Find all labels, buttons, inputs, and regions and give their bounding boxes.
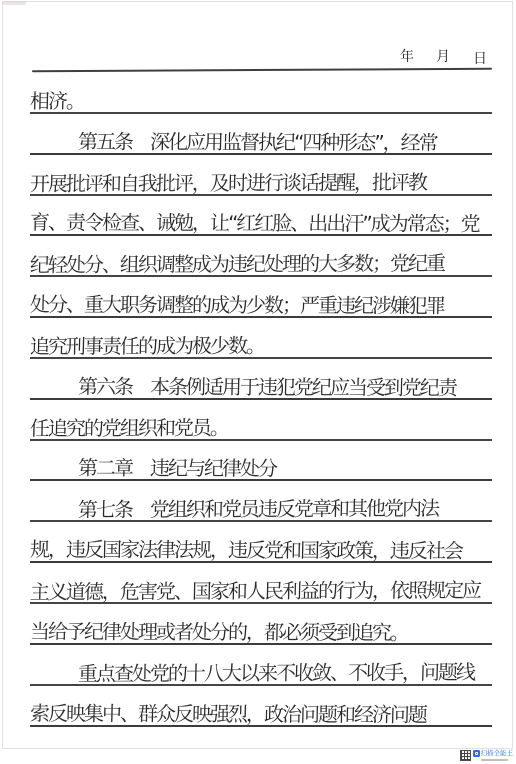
handwritten-line: 处分、重大职务调整的成为少数；严重违纪涉嫌犯罪 <box>30 277 492 318</box>
scanner-watermark: 扫描全能王 <box>460 750 514 763</box>
handwritten-line: 第七条 党组织和党员违反党章和其他党内法 <box>30 481 492 522</box>
handwritten-text: 第七条 党组织和党员违反党章和其他党内法 <box>30 492 439 523</box>
handwritten-lines: 相济。第五条 深化应用监督执纪“四种形态”，经常开展批评和自我批评，及时进行谈话… <box>30 73 492 727</box>
handwritten-line: 主义道德，危害党、国家和人民利益的行为，依照规定应 <box>30 563 492 604</box>
handwritten-text: 重点查处党的十八大以来不收敛、不收手，问题线 <box>30 656 475 687</box>
handwritten-line: 追究刑事责任的成为极少数。 <box>30 318 492 359</box>
handwritten-line: 索反映集中、群众反映强烈，政治问题和经济问题 <box>30 686 492 727</box>
scanner-app-name: 扫描全能王 <box>481 750 514 757</box>
handwritten-text: 当给予纪律处理或者处分的，都必须受到追究。 <box>30 615 409 645</box>
handwritten-text: 第五条 深化应用监督执纪“四种形态”，经常 <box>30 125 437 155</box>
handwritten-text: 处分、重大职务调整的成为少数；严重违纪涉嫌犯罪 <box>30 288 445 318</box>
qr-code-icon <box>460 750 471 761</box>
handwritten-line: 当给予纪律处理或者处分的，都必须受到追究。 <box>30 604 492 645</box>
header-rule-line <box>32 68 492 72</box>
handwritten-line: 任追究的党组织和党员。 <box>30 400 492 441</box>
paper-page: 年 月 日 相济。第五条 深化应用监督执纪“四种形态”，经常开展批评和自我批评，… <box>0 0 516 764</box>
scanner-app-icon <box>473 750 480 757</box>
handwritten-text: 索反映集中、群众反映强烈，政治问题和经济问题 <box>30 697 427 727</box>
handwritten-text: 追究刑事责任的成为极少数。 <box>30 329 265 359</box>
year-label: 年 <box>400 46 414 66</box>
watermark-subtext-line <box>481 759 508 761</box>
handwritten-line: 相济。 <box>30 73 492 114</box>
handwritten-line: 第五条 深化应用监督执纪“四种形态”，经常 <box>30 114 492 155</box>
handwritten-line: 开展批评和自我批评，及时进行谈话提醒，批评教 <box>30 155 492 196</box>
handwritten-text: 纪轻处分、组织调整成为违纪处理的大多数；党纪重 <box>30 247 445 278</box>
day-label: 日 <box>473 48 487 68</box>
handwritten-text: 任追究的党组织和党员。 <box>30 411 229 441</box>
handwritten-text: 规，违反国家法律法规，违反党和国家政策，违反社会 <box>30 533 463 564</box>
handwritten-line: 育、责令检查、诫勉，让“红红脸、出出汗”成为常态；党 <box>30 196 492 237</box>
handwritten-line: 第六条 本条例适用于违犯党纪应当受到党纪责 <box>30 359 492 400</box>
handwritten-line: 第二章 违纪与纪律处分 <box>30 441 492 482</box>
handwritten-line: 纪轻处分、组织调整成为违纪处理的大多数；党纪重 <box>30 236 492 277</box>
handwritten-line: 规，违反国家法律法规，违反党和国家政策，违反社会 <box>30 522 492 563</box>
handwritten-text: 主义道德，危害党、国家和人民利益的行为，依照规定应 <box>30 574 481 605</box>
month-label: 月 <box>436 46 450 66</box>
corner-smudge <box>2 1 26 5</box>
handwritten-text: 开展批评和自我批评，及时进行谈话提醒，批评教 <box>30 166 427 197</box>
handwritten-text: 第六条 本条例适用于违犯党纪应当受到党纪责 <box>30 370 457 400</box>
handwritten-text: 育、责令检查、诫勉，让“红红脸、出出汗”成为常态；党 <box>30 207 479 238</box>
handwritten-line: 重点查处党的十八大以来不收敛、不收手，问题线 <box>30 645 492 686</box>
handwritten-text: 第二章 违纪与纪律处分 <box>30 452 277 482</box>
handwritten-text: 相济。 <box>30 85 85 114</box>
